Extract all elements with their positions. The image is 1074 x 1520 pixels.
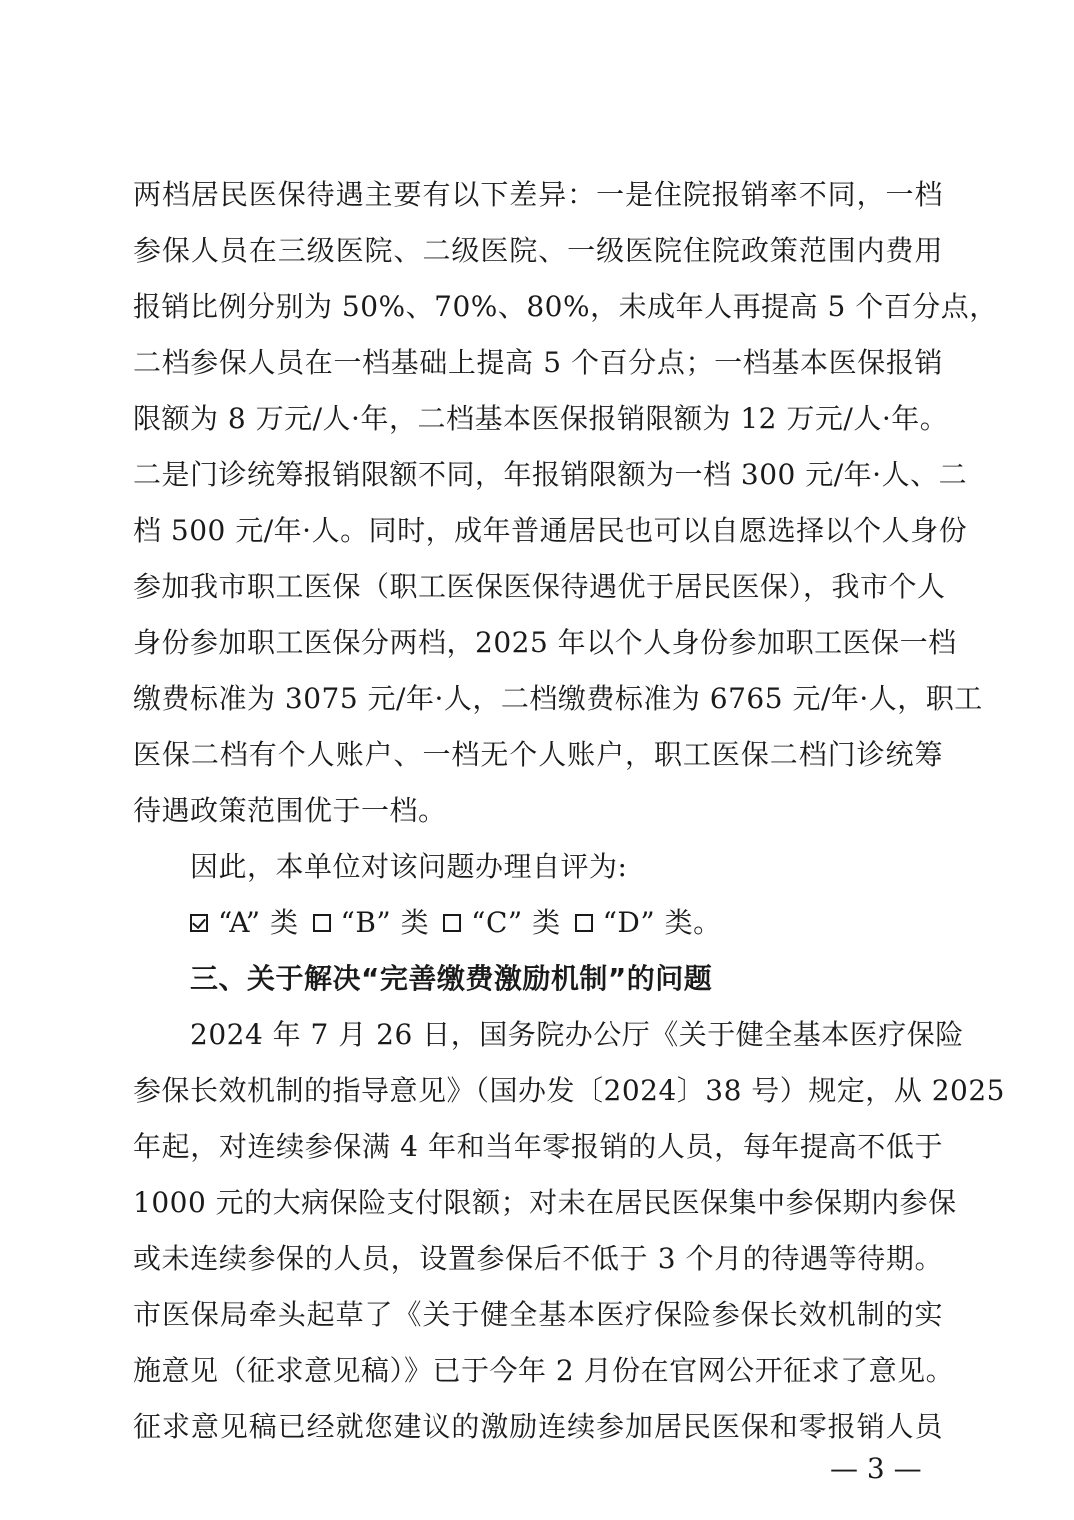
section-heading: 三、关于解决“完善缴费激励机制”的问题 — [190, 958, 943, 1000]
document-page: 两档居民医保待遇主要有以下差异：一是住院报销率不同，一档 参保人员在三级医院、二… — [0, 0, 1074, 1520]
section-line-2: 参保长效机制的指导意见》（国办发〔2024〕38 号）规定，从 2025 — [133, 1070, 943, 1112]
body-line-7: 档 500 元/年·人。同时，成年普通居民也可以自愿选择以个人身份 — [133, 510, 943, 552]
body-line-4: 二档参保人员在一档基础上提高 5 个百分点；一档基本医保报销 — [133, 342, 943, 384]
empty-box-icon[interactable] — [313, 914, 331, 932]
option-b-label: “B” 类 — [341, 902, 430, 944]
section-line-1: 2024 年 7 月 26 日，国务院办公厅《关于健全基本医疗保险 — [190, 1014, 943, 1056]
body-line-9: 身份参加职工医保分两档，2025 年以个人身份参加职工医保一档 — [133, 622, 943, 664]
body-line-8: 参加我市职工医保（职工医保医保待遇优于居民医保），我市个人 — [133, 566, 943, 608]
checked-box-icon[interactable] — [190, 914, 208, 932]
body-line-2: 参保人员在三级医院、二级医院、一级医院住院政策范围内费用 — [133, 230, 943, 272]
body-line-12: 待遇政策范围优于一档。 — [133, 790, 943, 832]
body-line-10: 缴费标准为 3075 元/年·人，二档缴费标准为 6765 元/年·人，职工 — [133, 678, 943, 720]
section-line-3: 年起，对连续参保满 4 年和当年零报销的人员，每年提高不低于 — [133, 1126, 943, 1168]
body-line-6: 二是门诊统筹报销限额不同，年报销限额为一档 300 元/年·人、二 — [133, 454, 943, 496]
body-line-5: 限额为 8 万元/人·年，二档基本医保报销限额为 12 万元/人·年。 — [133, 398, 943, 440]
body-line-3: 报销比例分别为 50%、70%、80%，未成年人再提高 5 个百分点， — [133, 286, 943, 328]
option-a-label: “A” 类 — [218, 902, 299, 944]
section-line-5: 或未连续参保的人员，设置参保后不低于 3 个月的待遇等待期。 — [133, 1238, 943, 1280]
section-line-7: 施意见（征求意见稿）》已于今年 2 月份在官网公开征求了意见。 — [133, 1350, 943, 1392]
self-evaluation-intro: 因此，本单位对该问题办理自评为: — [190, 846, 943, 888]
option-c[interactable]: “C” 类 — [443, 902, 560, 944]
body-line-1: 两档居民医保待遇主要有以下差异：一是住院报销率不同，一档 — [133, 174, 943, 216]
section-line-4: 1000 元的大病保险支付限额；对未在居民医保集中参保期内参保 — [133, 1182, 943, 1224]
option-c-label: “C” 类 — [471, 902, 560, 944]
section-line-8: 征求意见稿已经就您建议的激励连续参加居民医保和零报销人员 — [133, 1406, 943, 1448]
option-d-label: “D” 类。 — [603, 902, 722, 944]
option-a[interactable]: “A” 类 — [190, 902, 299, 944]
page-number: — 3 — — [830, 1448, 922, 1490]
option-b[interactable]: “B” 类 — [313, 902, 430, 944]
body-line-11: 医保二档有个人账户、一档无个人账户，职工医保二档门诊统筹 — [133, 734, 943, 776]
option-d[interactable]: “D” 类。 — [575, 902, 722, 944]
empty-box-icon[interactable] — [443, 914, 461, 932]
empty-box-icon[interactable] — [575, 914, 593, 932]
self-evaluation-options: “A” 类 “B” 类 “C” 类 “D” 类。 — [190, 902, 736, 944]
section-line-6: 市医保局牵头起草了《关于健全基本医疗保险参保长效机制的实 — [133, 1294, 943, 1336]
